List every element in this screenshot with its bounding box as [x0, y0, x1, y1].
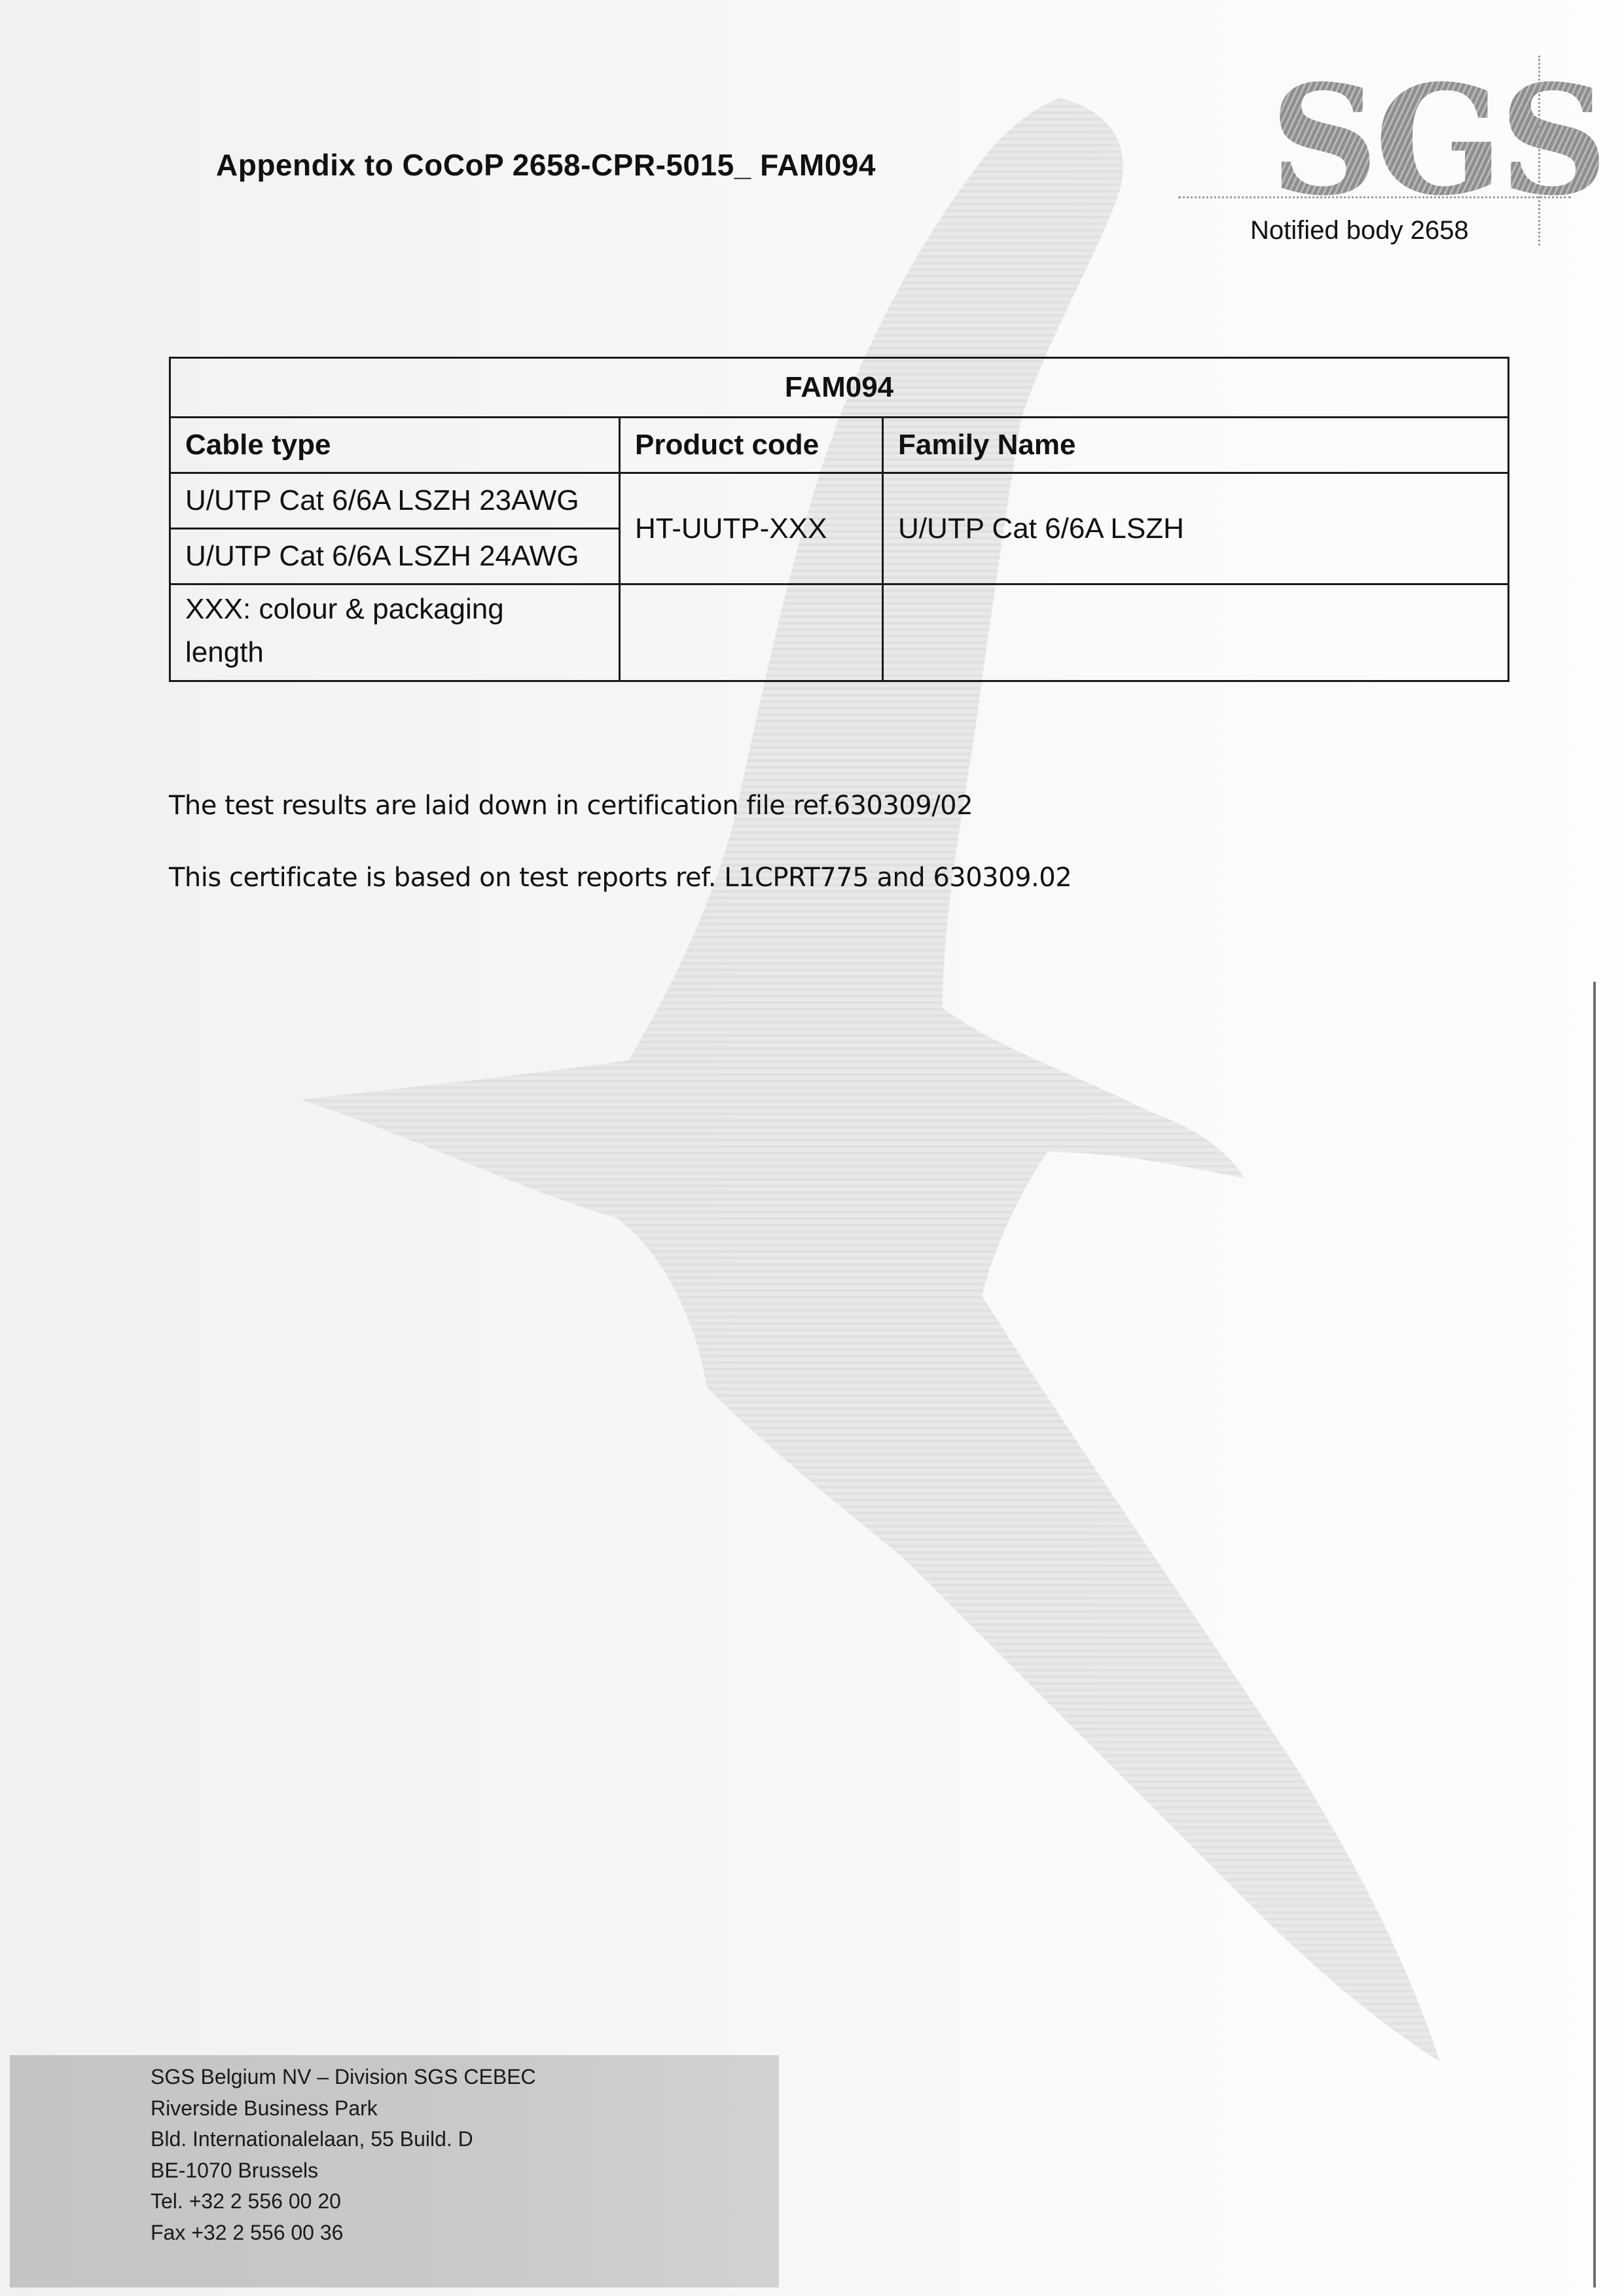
footer-street: Bld. Internationalelaan, 55 Build. D [151, 2124, 536, 2155]
test-reports-text: This certificate is based on test report… [169, 863, 1072, 893]
note-line: length [185, 628, 604, 672]
product-family-table: FAM094 Cable type Product code Family Na… [169, 357, 1509, 682]
note-cell: XXX: colour & packaging length [170, 584, 620, 681]
product-code-cell: HT-UUTP-XXX [620, 473, 883, 584]
document-title: Appendix to CoCoP 2658-CPR-5015_ FAM094 [216, 147, 876, 183]
footer-address: SGS Belgium NV – Division SGS CEBEC Rive… [151, 2062, 536, 2248]
logo-divider-vertical [1538, 56, 1540, 245]
cable-type-cell: U/UTP Cat 6/6A LSZH 24AWG [170, 529, 620, 584]
cable-type-cell: U/UTP Cat 6/6A LSZH 23AWG [170, 473, 620, 529]
table-row: XXX: colour & packaging length [170, 584, 1509, 681]
certification-file-text: The test results are laid down in certif… [169, 791, 973, 821]
page-background [0, 0, 1624, 2296]
header-cable-type: Cable type [170, 418, 620, 473]
empty-cell [883, 584, 1509, 681]
footer-city: BE-1070 Brussels [151, 2155, 536, 2187]
family-name-cell: U/UTP Cat 6/6A LSZH [883, 473, 1509, 584]
table-row: U/UTP Cat 6/6A LSZH 23AWG HT-UUTP-XXX U/… [170, 473, 1509, 529]
logo-divider [1178, 196, 1571, 198]
notified-body-label: Notified body 2658 [1250, 216, 1469, 245]
footer-fax: Fax +32 2 556 00 36 [151, 2217, 536, 2249]
footer-park: Riverside Business Park [151, 2093, 536, 2125]
table-caption: FAM094 [170, 358, 1509, 418]
footer-company: SGS Belgium NV – Division SGS CEBEC [151, 2062, 536, 2093]
footer-phone: Tel. +32 2 556 00 20 [151, 2186, 536, 2217]
header-product-code: Product code [620, 418, 883, 473]
empty-cell [620, 584, 883, 681]
sgs-logo-icon: SGS [1270, 75, 1604, 206]
note-line: XXX: colour & packaging [185, 585, 604, 628]
header-family-name: Family Name [883, 418, 1509, 473]
scan-edge-line [1593, 982, 1596, 2287]
